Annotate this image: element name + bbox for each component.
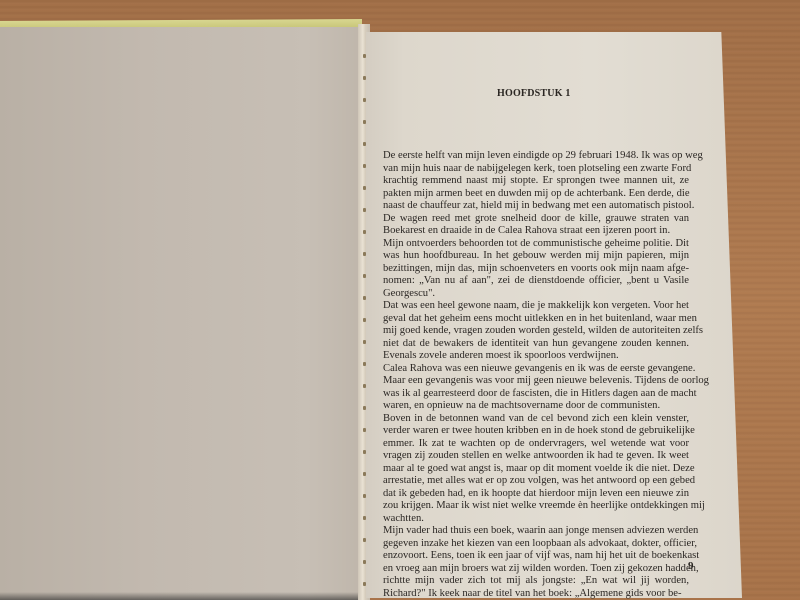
text-line: bezittingen, mijn das, mijn schoenveters… [383,263,689,276]
binding-stitch [363,164,366,168]
text-line: Dat was een heel gewone naam, die je mak… [383,300,689,313]
binding-stitch [363,494,366,498]
binding-stitch [363,230,366,234]
text-line: Mijn ontvoerders behoorden tot de commun… [383,238,689,251]
binding-stitch [363,450,366,454]
text-line: Boekarest en draaide in de Calea Rahova … [383,225,689,238]
text-line: Mijn vader had thuis een boek, waarin aa… [383,525,689,538]
text-line: Richard?" Ik keek naar de titel van het … [383,588,689,600]
page-number: 9 [688,560,694,572]
text-line: Evenals zovele anderen moest ik spoorloo… [383,350,689,363]
binding-stitch [363,252,366,256]
binding-stitch [363,142,366,146]
binding-stitch [363,472,366,476]
text-line: geval dat het geheim eens mocht uitlekke… [383,313,689,326]
text-line: maar al te goed wat angst is, maar op di… [383,463,689,476]
text-line: zou krijgen. Maar ik wist niet welke vre… [383,500,689,513]
text-line: gegeven inzake het kiezen van een loopba… [383,538,689,551]
binding-stitch [363,428,366,432]
text-line: Georgescu". [383,288,689,301]
text-line: De eerste helft van mijn leven eindigde … [383,150,689,163]
text-line: dat ik gebeden had, en ik hoopte dat hie… [383,488,689,501]
text-line: was ik al gearresteerd door de fascisten… [383,388,689,401]
binding-stitch [363,76,366,80]
text-line: arrestatie, met alles wat er op zou volg… [383,475,689,488]
binding-stitch [363,406,366,410]
binding-stitch [363,54,366,58]
text-line: pakten mijn armen beet en duwden mij op … [383,188,689,201]
text-line: mij goed kende, vragen zouden worden ges… [383,325,689,338]
text-line: De wagen reed met grote snelheid door de… [383,213,689,226]
binding-stitch [363,538,366,542]
text-line: niet dat de bewakers de identiteit van h… [383,338,689,351]
binding-stitch [363,120,366,124]
text-line: nomen: „Van nu af aan", zei de dienstdoe… [383,275,689,288]
binding-stitch [363,296,366,300]
text-line: Calea Rahova was een nieuwe gevangenis e… [383,363,689,376]
binding-stitch [363,582,366,586]
left-endpaper-page [0,27,362,600]
text-line: vragen zij zouden stellen en welke antwo… [383,450,689,463]
text-line: van mijn huis naar de nabijgelegen kerk,… [383,163,689,176]
page-body-text: De eerste helft van mijn leven eindigde … [383,150,689,600]
binding-stitch [363,98,366,102]
text-line: waren, en opnieuw na de machtsovername d… [383,400,689,413]
text-line: verder waren er twee houten kribben en i… [383,425,689,438]
text-line: krachtig remmend naast mij stopte. Er sp… [383,175,689,188]
text-line: enzovoort. Eens, toen ik een jaar of vij… [383,550,689,563]
binding-stitch [363,186,366,190]
binding-stitch [363,340,366,344]
text-line: wachtten. [383,513,689,526]
binding-stitch [363,560,366,564]
binding-stitch [363,516,366,520]
binding-stitch [363,208,366,212]
binding-stitch [363,384,366,388]
binding-stitch [363,318,366,322]
binding-stitch [363,362,366,366]
text-line: richtte mijn vader zich tot mij als jong… [383,575,689,588]
text-line: en vroeg aan mijn broers wat zij wilden … [383,563,689,576]
text-line: Boven in de betonnen wand van de cel bev… [383,413,689,426]
text-line: emmer. Ik zat te wachten op de ondervrag… [383,438,689,451]
text-line: naast de chauffeur zat, hield mij in bed… [383,200,689,213]
text-line: was hun hoofdbureau. In het gebouw werde… [383,250,689,263]
binding-stitch [363,274,366,278]
text-line: Maar een gevangenis was voor mij geen ni… [383,375,689,388]
chapter-heading: HOOFDSTUK 1 [497,88,571,99]
